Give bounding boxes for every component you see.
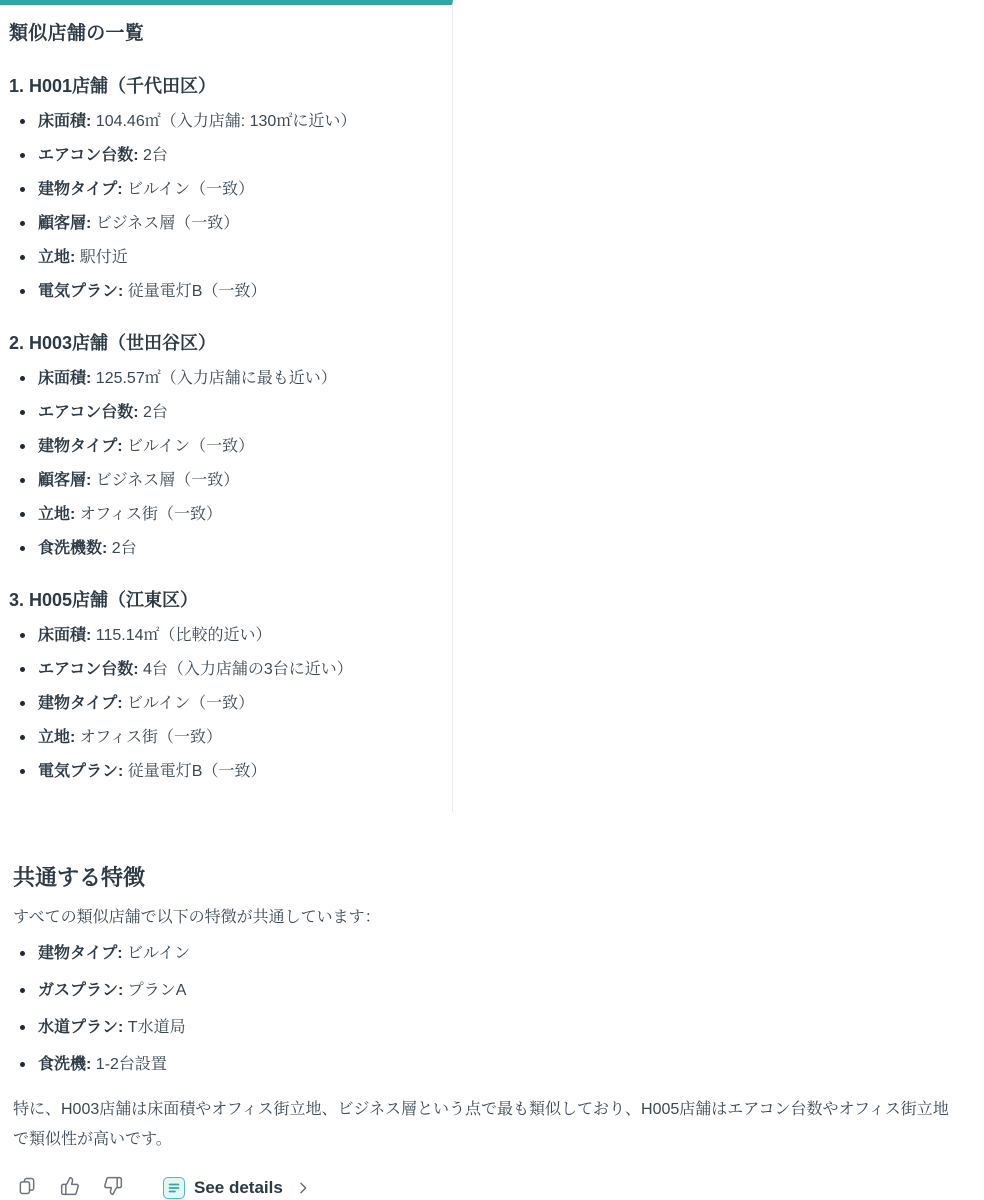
list-item: 立地: 駅付近 — [9, 248, 442, 268]
item-value: 2台 — [139, 147, 168, 164]
item-value: 2台 — [139, 404, 168, 421]
store-1-list: 床面積: 104.46㎡（入力店舗: 130㎡に近い） エアコン台数: 2台 建… — [9, 112, 442, 302]
common-features-section: 共通する特徴 すべての類似店舗で以下の特徴が共通しています： 建物タイプ: ビル… — [0, 861, 984, 1075]
item-value: 従量電灯B（一致） — [123, 763, 266, 780]
common-features-title: 共通する特徴 — [13, 861, 970, 892]
list-item: エアコン台数: 2台 — [9, 403, 442, 423]
item-label: 電気プラン: — [38, 283, 123, 300]
panel-title: 類似店舗の一覧 — [9, 18, 442, 45]
document-list-icon — [163, 1177, 185, 1199]
store-3-heading: 3. H005店舗（江東区） — [9, 586, 442, 612]
thumbs-up-button[interactable] — [60, 1176, 80, 1199]
item-label: 電気プラン: — [38, 763, 123, 780]
list-item: ガスプラン: プランA — [9, 981, 970, 1001]
item-label: 立地: — [38, 506, 75, 523]
item-label: 顧客層: — [38, 215, 91, 232]
store-1-heading: 1. H001店舗（千代田区） — [9, 72, 442, 98]
store-2-list: 床面積: 125.57㎡（入力店舗に最も近い） エアコン台数: 2台 建物タイプ… — [9, 369, 442, 559]
message-action-bar: See details — [0, 1176, 984, 1199]
item-label: エアコン台数: — [38, 404, 139, 421]
item-value: 1-2台設置 — [91, 1056, 167, 1073]
list-item: 顧客層: ビジネス層（一致） — [9, 471, 442, 491]
see-details-button[interactable]: See details — [163, 1177, 311, 1199]
item-label: 床面積: — [38, 113, 91, 130]
item-value: 125.57㎡（入力店舗に最も近い） — [91, 370, 336, 387]
list-item: 建物タイプ: ビルイン（一致） — [9, 694, 442, 714]
list-item: 立地: オフィス街（一致） — [9, 728, 442, 748]
item-value: T水道局 — [123, 1019, 185, 1036]
item-value: 従量電灯B（一致） — [123, 283, 266, 300]
item-label: 床面積: — [38, 370, 91, 387]
item-label: 食洗機数: — [38, 540, 107, 557]
item-value: ビルイン（一致） — [123, 438, 255, 455]
chat-response: 類似店舗の一覧 1. H001店舗（千代田区） 床面積: 104.46㎡（入力店… — [0, 0, 984, 1200]
see-details-label: See details — [194, 1178, 283, 1198]
item-value: ビジネス層（一致） — [91, 215, 239, 232]
common-features-list: 建物タイプ: ビルイン ガスプラン: プランA 水道プラン: T水道局 食洗機:… — [9, 944, 970, 1075]
item-value: ビジネス層（一致） — [91, 472, 239, 489]
list-item: 建物タイプ: ビルイン（一致） — [9, 180, 442, 200]
list-item: 建物タイプ: ビルイン — [9, 944, 970, 964]
list-item: 電気プラン: 従量電灯B（一致） — [9, 762, 442, 782]
item-value: 104.46㎡（入力店舗: 130㎡に近い） — [91, 113, 356, 130]
item-label: エアコン台数: — [38, 147, 139, 164]
item-value: ビルイン（一致） — [123, 181, 255, 198]
item-value: プランA — [123, 982, 186, 999]
item-label: 立地: — [38, 249, 75, 266]
item-value: ビルイン — [123, 945, 191, 962]
summary-paragraph: 特に、H003店舗は床面積やオフィス街立地、ビジネス層という点で最も類似しており… — [0, 1095, 970, 1154]
list-item: 水道プラン: T水道局 — [9, 1018, 970, 1038]
list-item: 建物タイプ: ビルイン（一致） — [9, 437, 442, 457]
common-features-intro: すべての類似店舗で以下の特徴が共通しています： — [13, 904, 970, 927]
item-value: 駅付近 — [75, 249, 127, 266]
list-item: エアコン台数: 2台 — [9, 146, 442, 166]
item-label: 水道プラン: — [38, 1019, 123, 1036]
item-label: 建物タイプ: — [38, 438, 123, 455]
list-item: 食洗機: 1-2台設置 — [9, 1055, 970, 1075]
list-item: 顧客層: ビジネス層（一致） — [9, 214, 442, 234]
item-label: ガスプラン: — [38, 982, 123, 999]
chevron-right-icon — [295, 1180, 311, 1196]
item-label: 顧客層: — [38, 472, 91, 489]
item-label: 床面積: — [38, 627, 91, 644]
copy-button[interactable] — [17, 1176, 37, 1199]
list-item: 食洗機数: 2台 — [9, 539, 442, 559]
copy-icon — [17, 1176, 37, 1199]
item-label: 建物タイプ: — [38, 181, 123, 198]
item-value: 115.14㎡（比較的近い） — [91, 627, 271, 644]
item-label: エアコン台数: — [38, 661, 139, 678]
similar-stores-panel: 類似店舗の一覧 1. H001店舗（千代田区） 床面積: 104.46㎡（入力店… — [0, 0, 453, 812]
item-label: 建物タイプ: — [38, 695, 123, 712]
thumbs-down-icon — [103, 1176, 123, 1199]
item-value: 2台 — [107, 540, 136, 557]
list-item: 床面積: 125.57㎡（入力店舗に最も近い） — [9, 369, 442, 389]
list-item: 電気プラン: 従量電灯B（一致） — [9, 282, 442, 302]
list-item: 立地: オフィス街（一致） — [9, 505, 442, 525]
store-3-list: 床面積: 115.14㎡（比較的近い） エアコン台数: 4台（入力店舗の3台に近… — [9, 626, 442, 782]
item-label: 食洗機: — [38, 1056, 91, 1073]
item-value: ビルイン（一致） — [123, 695, 255, 712]
thumbs-up-icon — [60, 1176, 80, 1199]
item-value: オフィス街（一致） — [75, 506, 222, 523]
store-2-heading: 2. H003店舗（世田谷区） — [9, 329, 442, 355]
list-item: 床面積: 115.14㎡（比較的近い） — [9, 626, 442, 646]
item-label: 立地: — [38, 729, 75, 746]
item-label: 建物タイプ: — [38, 945, 123, 962]
item-value: 4台（入力店舗の3台に近い） — [139, 661, 353, 678]
list-item: エアコン台数: 4台（入力店舗の3台に近い） — [9, 660, 442, 680]
list-item: 床面積: 104.46㎡（入力店舗: 130㎡に近い） — [9, 112, 442, 132]
thumbs-down-button[interactable] — [103, 1176, 123, 1199]
item-value: オフィス街（一致） — [75, 729, 222, 746]
